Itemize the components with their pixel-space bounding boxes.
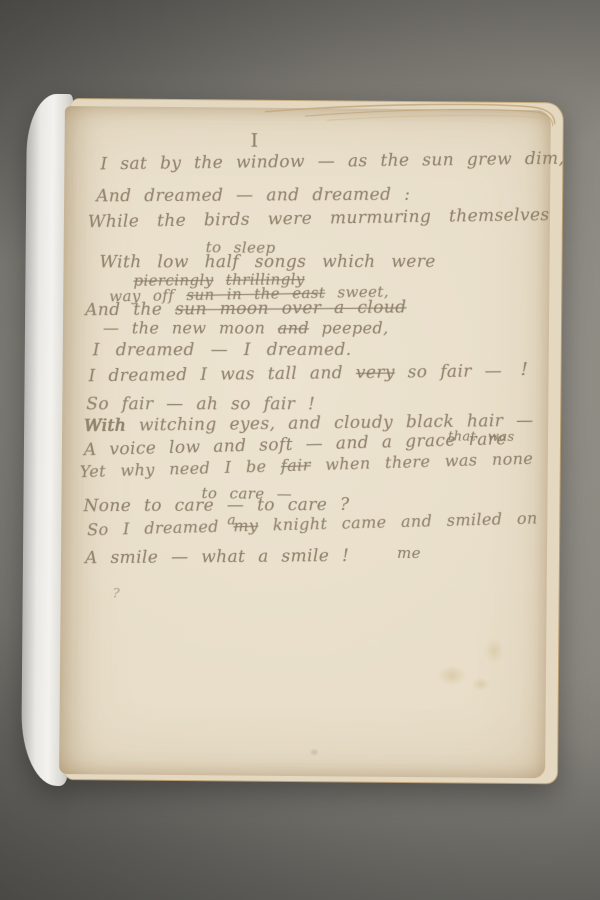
- text-segment: And the: [85, 299, 175, 320]
- verse-line: None to care — to care ?: [83, 495, 349, 516]
- text-segment: So I dreamed: [87, 516, 234, 539]
- inserted-words: a: [227, 510, 236, 530]
- notebook: I I sat by the window — as the sun grew …: [21, 90, 561, 795]
- text-segment: my: [233, 516, 259, 536]
- text-segment: and: [278, 318, 309, 337]
- stray-mark: ?: [113, 584, 121, 604]
- text-segment: I dreamed I was tall and: [88, 363, 356, 386]
- text-segment: I dreamed — I dreamed.: [93, 340, 352, 360]
- manuscript-page: I I sat by the window — as the sun grew …: [59, 106, 551, 778]
- text-segment: So fair — ah so fair !: [86, 394, 315, 414]
- verse-line: So fair — ah so fair !: [86, 394, 315, 414]
- verse-line: A smile — what a smile !: [85, 546, 349, 568]
- text-segment: so fair —: [395, 361, 502, 382]
- text-segment: Yet why need I be: [79, 456, 281, 481]
- text-segment: I sat by the window — as the sun grew di…: [100, 149, 564, 175]
- verse-line: I dreamed — I dreamed.: [93, 340, 352, 360]
- verse-line: While the birds were murmuring themselve…: [88, 205, 550, 232]
- verse-line: — the new moon and peeped,: [103, 318, 389, 338]
- text-segment: me: [397, 544, 421, 562]
- text-segment: fair: [281, 455, 311, 475]
- text-segment: — the new moon: [103, 318, 278, 337]
- page-text: I sat by the window — as the sun grew di…: [59, 106, 551, 778]
- verse-line: I sat by the window — as the sun grew di…: [100, 149, 564, 175]
- text-segment: A smile — what a smile !: [85, 546, 349, 568]
- text-segment: And dreamed — and dreamed :: [96, 185, 410, 207]
- inserted-words: me: [397, 543, 421, 563]
- verse-line: And dreamed — and dreamed :: [96, 185, 410, 207]
- verse-line: I dreamed I was tall and very so fair —: [88, 361, 502, 386]
- text-segment: While the birds were murmuring themselve…: [88, 205, 550, 232]
- text-segment: ?: [113, 586, 121, 601]
- text-segment: sun moon over a cloud: [175, 297, 407, 319]
- verse-line: And the sun moon over a cloud: [85, 297, 407, 320]
- text-segment: None to care — to care ?: [83, 495, 349, 516]
- exclamation-mark: !: [521, 360, 529, 380]
- text-segment: With: [84, 416, 126, 437]
- text-segment: !: [521, 359, 529, 380]
- text-segment: a: [227, 512, 236, 528]
- text-segment: peeped,: [309, 318, 389, 337]
- text-segment: very: [356, 362, 395, 382]
